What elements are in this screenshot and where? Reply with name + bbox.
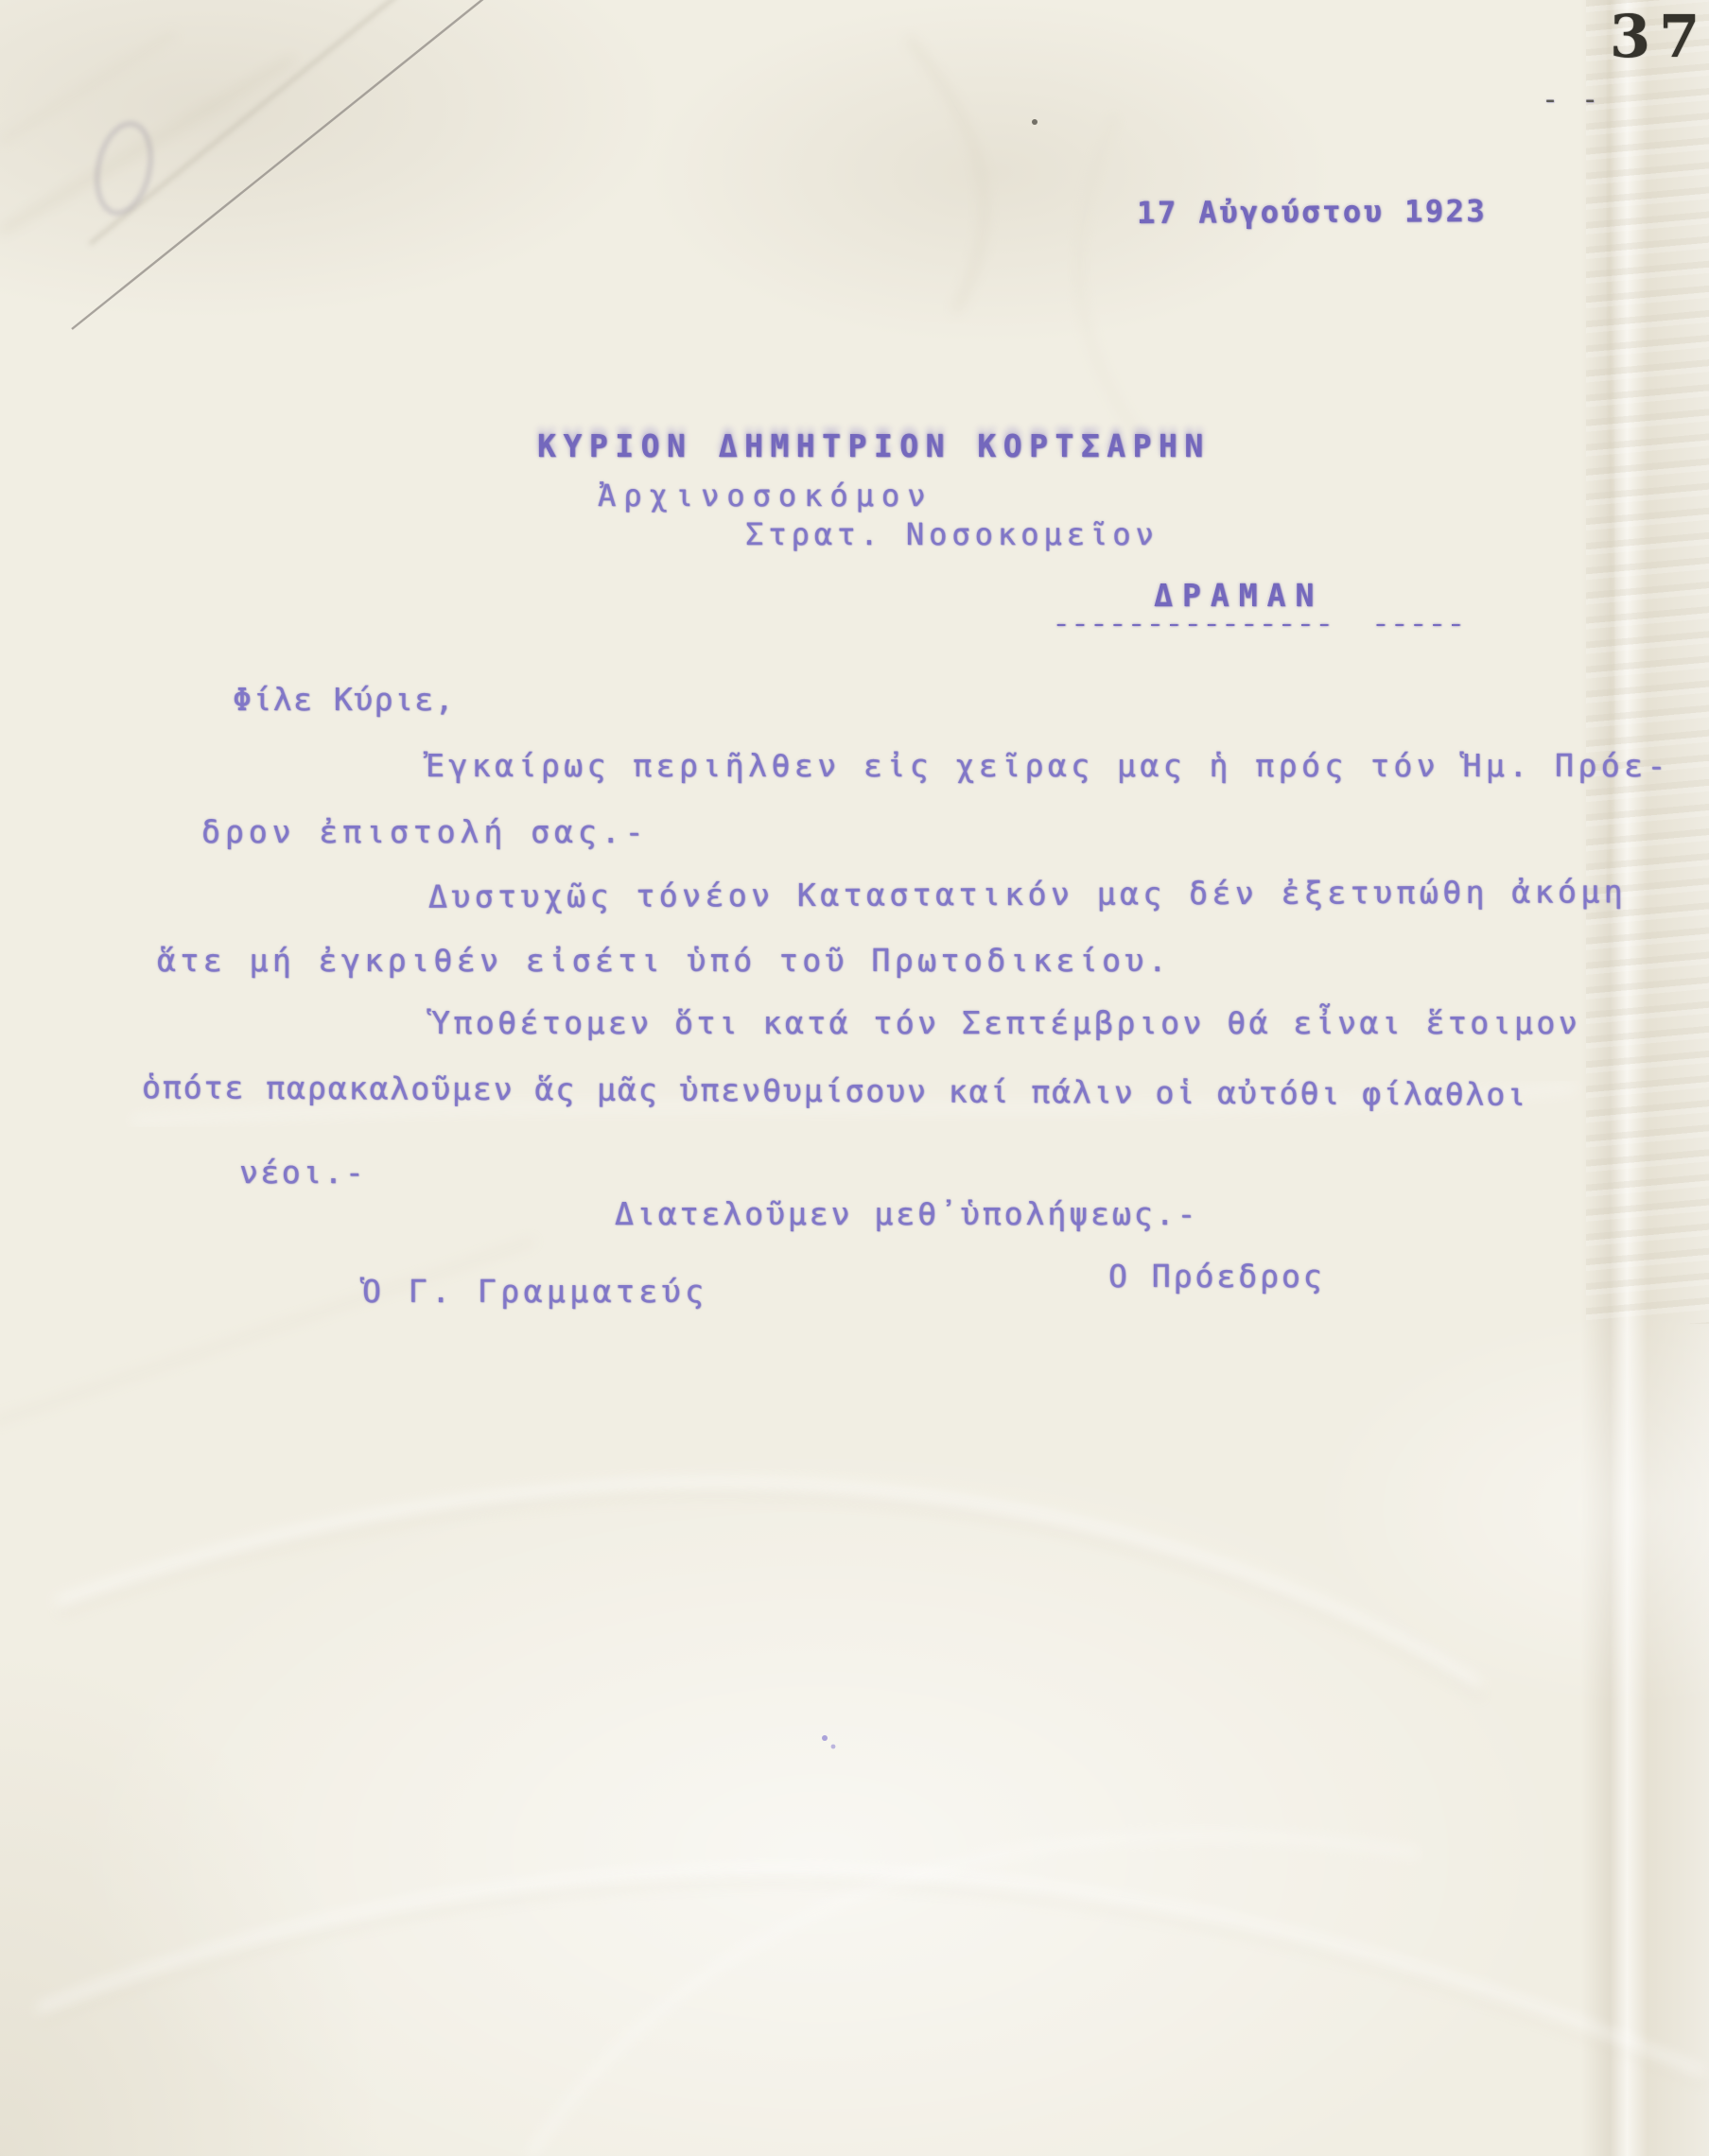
body-paragraph2-line1: Δυστυχῶς τόνέον Καταστατικόν μας δέν ἐξε… [428, 873, 1627, 915]
crease-line [908, 38, 985, 312]
closing-formula: Διατελοῦμεν μεθ᾽ὑπολήψεως.- [615, 1195, 1198, 1232]
pencil-line [72, 0, 489, 329]
right-fold-striations [1586, 0, 1709, 1324]
body-paragraph3-line2: ὁπότε παρακαλοῦμεν ἅς μᾶς ὑπενθυμίσουν κ… [142, 1069, 1527, 1113]
crease-line [57, 1484, 1480, 1685]
crease-line [41, 1882, 1705, 2084]
letter-date: 17 Αὐγούστου 1923 [1137, 193, 1487, 231]
body-paragraph1-line2: δρον ἐπιστολή σας.- [201, 813, 649, 850]
signature-secretary: Ὁ Γ. Γραμματεύς [362, 1273, 708, 1310]
recipient-institution: Στρατ. Νοσοκομεῖον [745, 516, 1159, 552]
body-paragraph2-line2: ἅτε μή ἐγκριθέν εἰσέτι ὑπό τοῦ Πρωτοδικε… [157, 942, 1171, 979]
crease-line [38, 1870, 1702, 2073]
crease-line [1079, 113, 1144, 444]
ink-speck [831, 1745, 836, 1749]
crease-line [0, 1241, 534, 1423]
crease-line [0, 59, 293, 232]
recipient-city: ΔΡΑΜΑΝ [1154, 577, 1323, 614]
crease-line [90, 0, 397, 244]
corner-pencil-dashes: - - [1542, 83, 1601, 116]
crease-line [0, 33, 175, 142]
recipient-name: ΚΥΡΙΟΝ ΔΗΜΗΤΡΙΟΝ ΚΟΡΤΣΑΡΗΝ [537, 427, 1211, 464]
recipient-title: Ἀρχινοσοκόμον [598, 478, 933, 513]
crease-line [530, 1835, 1419, 2156]
ink-speck [822, 1735, 828, 1741]
pencil-mark-oval [90, 118, 159, 217]
body-paragraph3-line1: Ὑποθέτομεν ὅτι κατά τόν Σεπτέμβριον θά ε… [431, 1004, 1580, 1041]
body-paragraph1-line1: Ἐγκαίρως περιῆλθεν εἰς χεῖρας μας ἡ πρός… [426, 747, 1670, 784]
salutation: Φίλε Κύριε, [233, 681, 455, 718]
crease-line [59, 1494, 1482, 1696]
city-underline-dashes: --------------- ----- [1052, 610, 1465, 637]
signature-president: Ο Πρόεδρος [1108, 1258, 1325, 1295]
archive-page-number: 37 [1610, 2, 1708, 71]
scanned-letter-page: 37 - - 17 Αὐγούστου 1923 ΚΥΡΙΟΝ ΔΗΜΗΤΡΙΟ… [0, 0, 1709, 2156]
ink-speck [1032, 119, 1038, 125]
body-paragraph3-line3: νέοι.- [239, 1154, 366, 1191]
